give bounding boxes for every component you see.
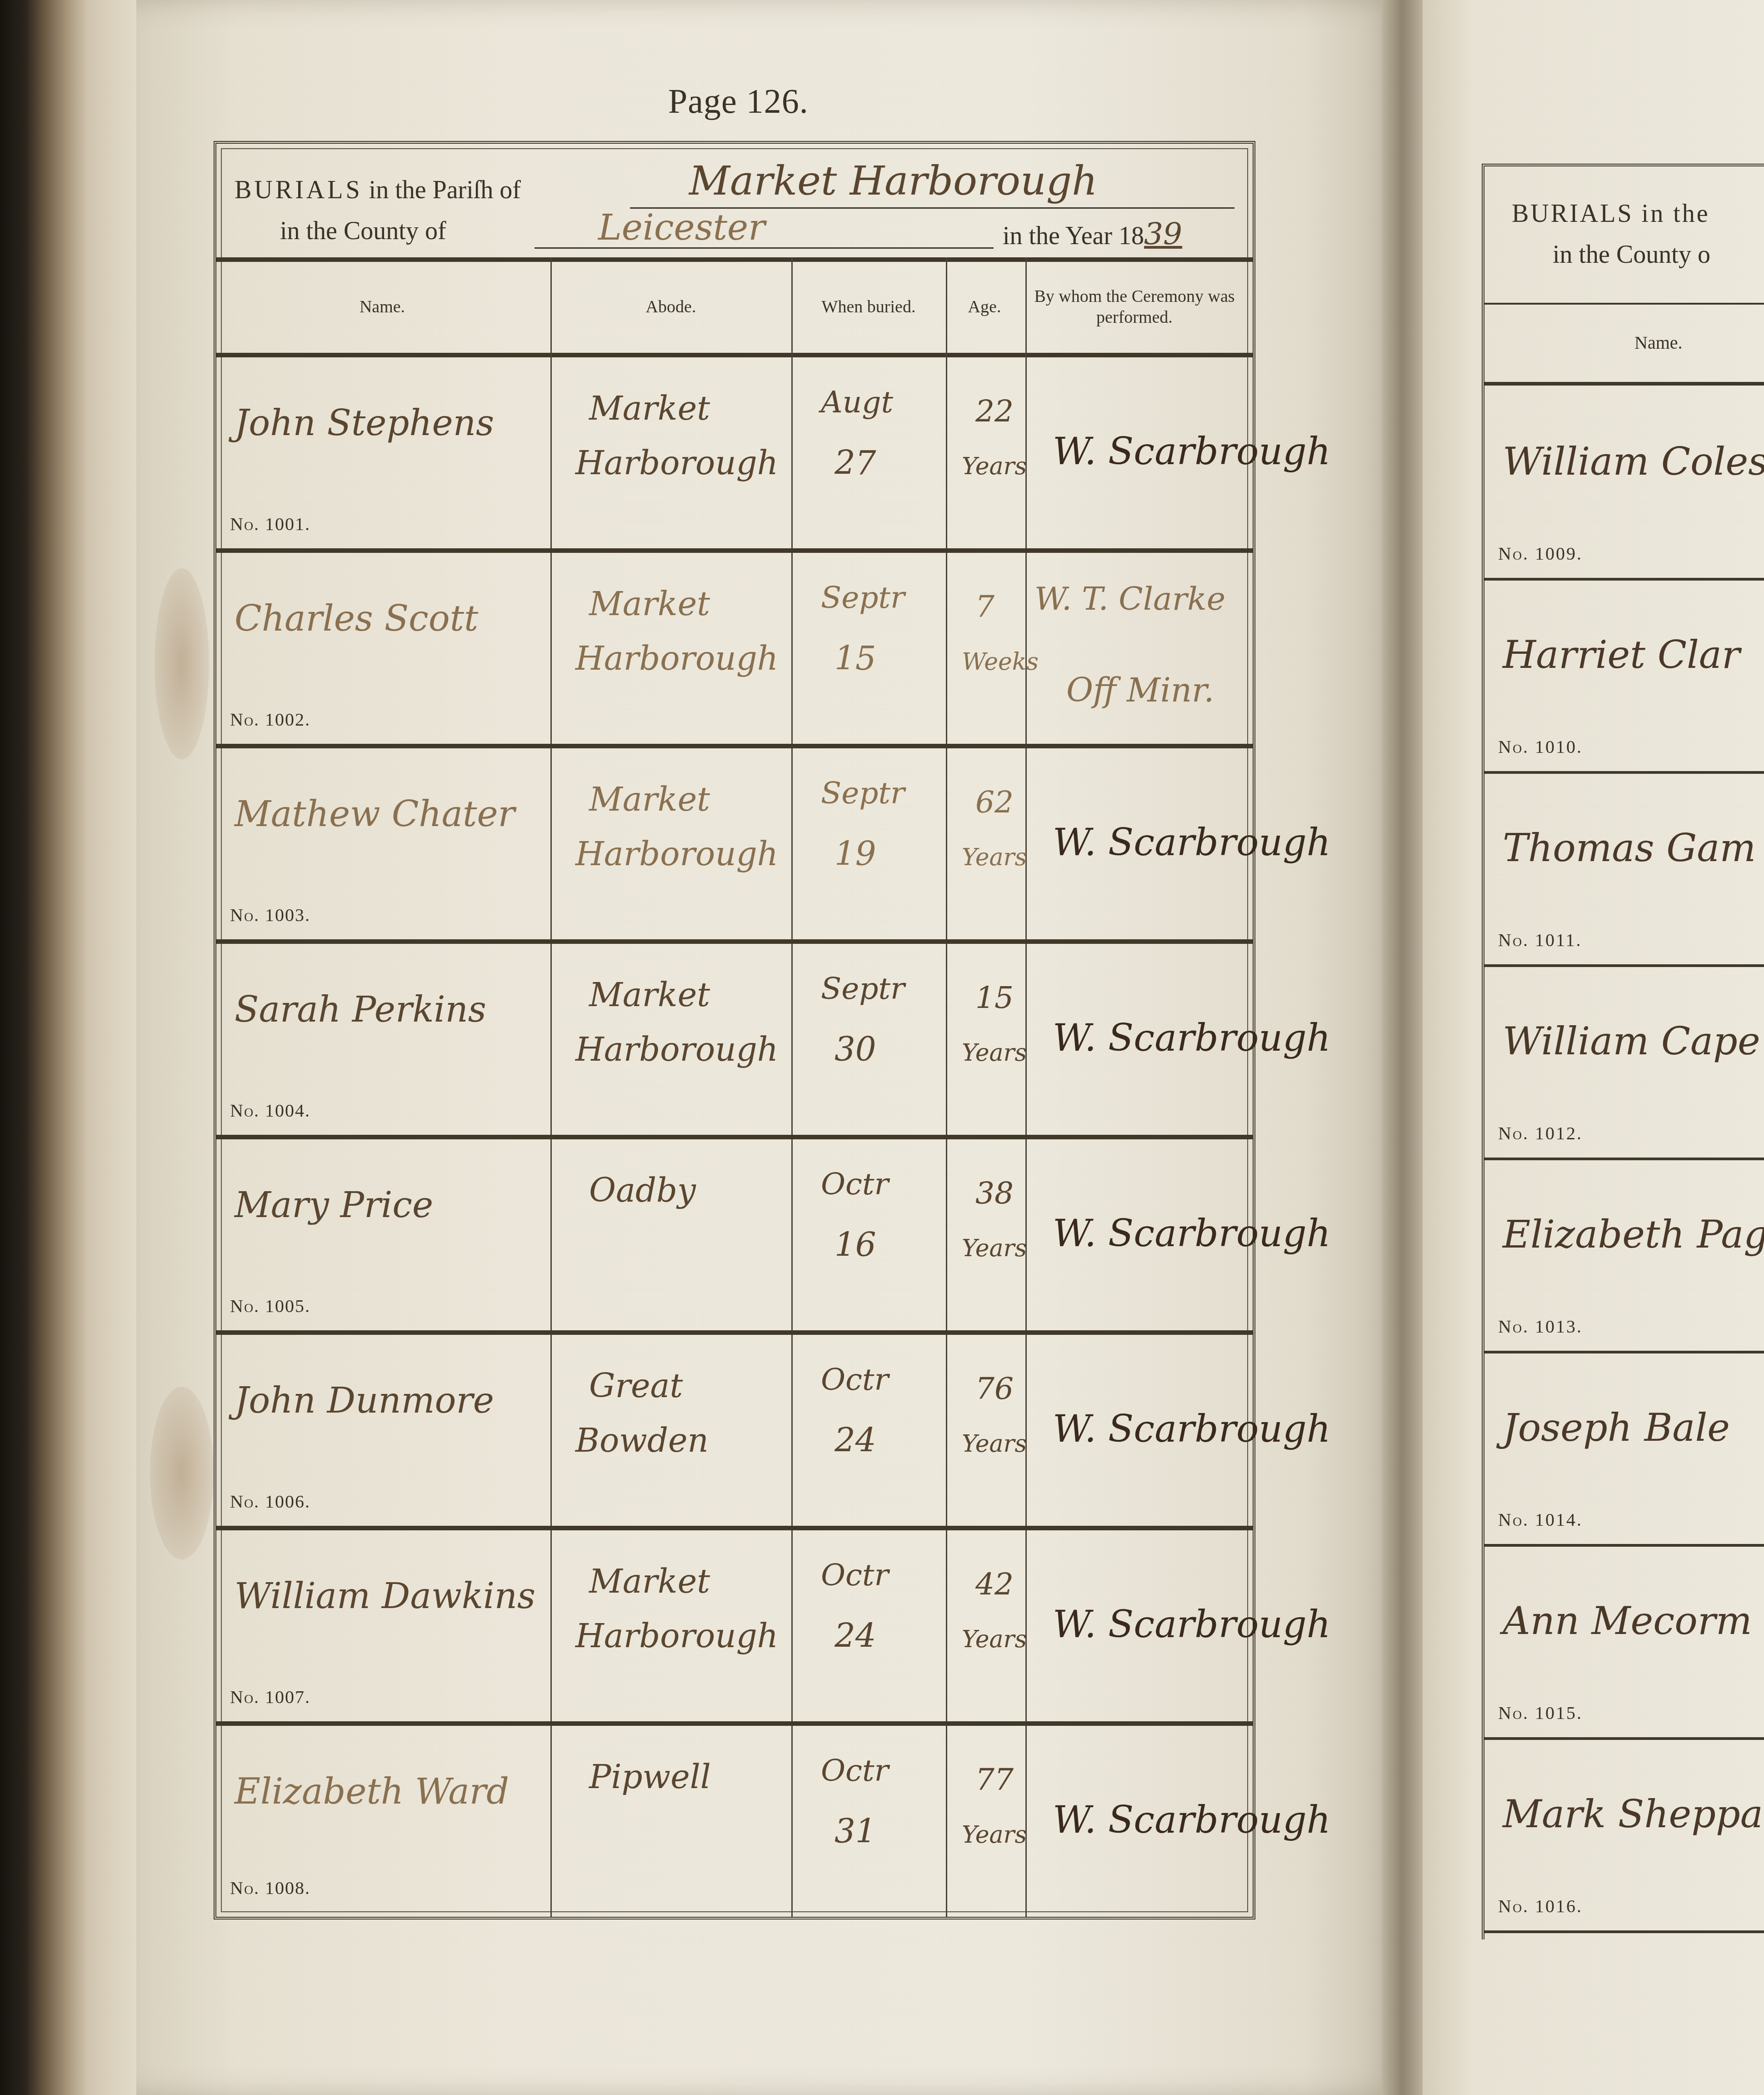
column-header-row: Name. Abode. When buried. Age. By whom t… (216, 257, 1253, 357)
entry-burial-month: Septr (821, 580, 905, 615)
paper-stain (155, 568, 209, 759)
burial-entry: Elizabeth Ward Pipwell Octr 31 77 Years … (216, 1721, 1253, 1912)
entry-burial-day: 15 (835, 639, 876, 677)
burial-entry: Mathew Chater Market Harborough Septr 19… (216, 744, 1253, 944)
entry-age-unit: Years (962, 1626, 1027, 1653)
entry-burial-day: 16 (835, 1226, 876, 1264)
entry-age-unit: Years (962, 453, 1027, 480)
county-label: in the County of (280, 216, 446, 246)
entry-name: Mary Price (235, 1185, 433, 1226)
entry-name: Charles Scott (235, 598, 478, 639)
column-header-abode: Abode. (553, 262, 789, 353)
entry-number: No. 1002. (230, 709, 310, 730)
entry-abode: Oadby (589, 1171, 696, 1209)
paper-stain (150, 1387, 214, 1559)
right-register-header: BURIALS in the in the County o (1512, 194, 1710, 275)
burials-title: BURIALS (235, 176, 363, 204)
entry-number: No. 1009. (1498, 543, 1583, 564)
entry-abode: Market (589, 389, 710, 427)
entry-abode-line2: Harborough (575, 1030, 778, 1068)
entry-age: 38 (975, 1176, 1014, 1211)
column-header-when-buried: When buried. (794, 262, 944, 353)
year-suffix: 39 (1144, 216, 1182, 251)
county-value: Leicester (598, 207, 765, 248)
entry-minister: W. Scarbrough (1053, 821, 1330, 864)
entry-name: Joseph Bale (1503, 1405, 1730, 1450)
entry-age: 62 (975, 785, 1014, 820)
year-label: in the Year 1839 (1003, 216, 1182, 251)
entry-age: 15 (975, 980, 1014, 1015)
entry-burial-day: 19 (835, 835, 876, 873)
entry-burial-day: 27 (835, 444, 876, 482)
right-burial-entry: Elizabeth PagNo. 1013. (1484, 1158, 1764, 1353)
entry-burial-month: Septr (821, 776, 905, 811)
parish-label: in the Pariſh of (369, 176, 521, 204)
right-burial-entry: William ColesNo. 1009. (1484, 385, 1764, 581)
burial-entry: Charles Scott Market Harborough Septr 15… (216, 548, 1253, 748)
entry-minister: W. Scarbrough (1053, 1603, 1330, 1646)
entry-burial-month: Octr (821, 1558, 889, 1593)
column-header-minister: By whom the Ceremony was performed. (1030, 262, 1239, 353)
right-burial-entry: Joseph BaleNo. 1014. (1484, 1351, 1764, 1547)
entry-minister: W. Scarbrough (1053, 1212, 1330, 1255)
entry-burial-month: Octr (821, 1753, 889, 1788)
entry-name: Harriet Clar (1503, 632, 1740, 677)
right-header-line1: BURIALS in the (1512, 194, 1710, 235)
entry-minister: W. T. Clarke (1034, 580, 1225, 617)
entry-burial-day: 24 (835, 1421, 876, 1459)
entry-minister-title: Off Minr. (1066, 671, 1214, 709)
header-line-parish: BURIALS in the Pariſh of (235, 175, 521, 205)
column-header-name: Name. (216, 262, 548, 353)
book-page-edges (0, 0, 141, 2095)
entry-name: Elizabeth Ward (235, 1771, 509, 1812)
entry-abode-line2: Harborough (575, 835, 778, 873)
entry-abode: Market (589, 976, 710, 1014)
entry-abode-line2: Bowden (575, 1421, 709, 1459)
entry-number: No. 1006. (230, 1491, 310, 1512)
entry-name: Mark Sheppar (1503, 1792, 1764, 1836)
entry-number: No. 1011. (1498, 929, 1582, 951)
entry-minister: W. Scarbrough (1053, 430, 1330, 473)
entry-age: 22 (975, 394, 1014, 429)
entry-abode-line2: Harborough (575, 1617, 778, 1655)
right-column-header-name: Name. (1634, 332, 1683, 353)
entry-number: No. 1001. (230, 513, 310, 535)
entry-age-unit: Years (962, 1235, 1027, 1262)
entry-abode-line2: Harborough (575, 444, 778, 482)
entry-number: No. 1016. (1498, 1895, 1583, 1917)
entry-age: 77 (975, 1762, 1014, 1797)
entry-name: Mathew Chater (235, 794, 515, 835)
right-burial-entry: Mark ShepparNo. 1016. (1484, 1737, 1764, 1933)
entry-age-unit: Years (962, 1039, 1027, 1067)
entry-age: 76 (975, 1371, 1014, 1406)
entry-name: William Dawkins (235, 1576, 535, 1617)
right-burial-entry: Ann MecormNo. 1015. (1484, 1544, 1764, 1740)
entry-age-unit: Years (962, 1430, 1027, 1458)
entry-minister: W. Scarbrough (1053, 1017, 1330, 1060)
register-header: BURIALS in the Pariſh of Market Harborou… (235, 162, 1234, 257)
entry-age-unit: Years (962, 844, 1027, 871)
entry-burial-month: Octr (821, 1362, 889, 1397)
entry-number: No. 1014. (1498, 1509, 1583, 1530)
entry-number: No. 1004. (230, 1100, 310, 1121)
year-prefix: in the Year 18 (1003, 222, 1144, 250)
right-column-header-row: Name. (1484, 303, 1764, 386)
burial-entry: Sarah Perkins Market Harborough Septr 30… (216, 939, 1253, 1139)
entry-burial-month: Octr (821, 1167, 889, 1202)
entry-number: No. 1008. (230, 1877, 310, 1899)
entry-abode-line2: Harborough (575, 639, 778, 677)
entry-age-unit: Weeks (962, 648, 1039, 676)
entry-name: John Dunmore (235, 1380, 494, 1421)
entry-number: No. 1007. (230, 1686, 310, 1708)
right-burial-register-table: BURIALS in the in the County o Name. Wil… (1482, 164, 1764, 1940)
entry-number: No. 1013. (1498, 1316, 1583, 1337)
entry-burial-month: Augt (821, 385, 893, 420)
entry-name: Thomas Gam (1503, 826, 1756, 870)
column-header-age: Age. (948, 262, 1021, 353)
burial-register-table: BURIALS in the Pariſh of Market Harborou… (214, 141, 1255, 1920)
entry-name: William Cape (1503, 1019, 1760, 1063)
right-burial-entry: Thomas GamNo. 1011. (1484, 771, 1764, 967)
entry-burial-day: 24 (835, 1617, 876, 1655)
entry-number: No. 1015. (1498, 1702, 1583, 1724)
right-burial-entry: William CapeNo. 1012. (1484, 964, 1764, 1160)
entry-abode: Pipwell (589, 1758, 711, 1796)
entry-minister: W. Scarbrough (1053, 1799, 1330, 1842)
entry-minister: W. Scarbrough (1053, 1408, 1330, 1451)
parish-value: Market Harborough (689, 157, 1098, 204)
entry-burial-day: 30 (835, 1030, 876, 1068)
burial-entry: John Stephens Market Harborough Augt 27 … (216, 353, 1253, 553)
entry-age: 7 (975, 589, 994, 624)
right-header-line2: in the County o (1512, 235, 1710, 276)
entry-burial-day: 31 (835, 1812, 876, 1850)
entry-number: No. 1005. (230, 1295, 310, 1317)
entry-abode: Market (589, 1562, 710, 1600)
entry-age: 42 (975, 1567, 1014, 1602)
entry-number: No. 1003. (230, 904, 310, 926)
entry-name: Elizabeth Pag (1503, 1212, 1764, 1257)
entry-name: Ann Mecorm (1503, 1599, 1752, 1643)
entry-name: William Coles (1503, 439, 1764, 484)
entry-age-unit: Years (962, 1821, 1027, 1849)
page-number: Page 126. (668, 82, 809, 121)
entry-name: Sarah Perkins (235, 989, 486, 1030)
entry-number: No. 1012. (1498, 1123, 1583, 1144)
entry-abode: Market (589, 585, 710, 623)
entry-abode: Great (589, 1367, 683, 1405)
entry-burial-month: Septr (821, 971, 905, 1006)
burial-entry: John Dunmore Great Bowden Octr 24 76 Yea… (216, 1330, 1253, 1530)
burial-entry: Mary Price Oadby Octr 16 38 Years W. Sca… (216, 1135, 1253, 1335)
entry-abode: Market (589, 780, 710, 818)
right-burial-entry: Harriet ClarNo. 1010. (1484, 578, 1764, 774)
burial-entry: William Dawkins Market Harborough Octr 2… (216, 1526, 1253, 1726)
entry-name: John Stephens (235, 403, 494, 444)
entry-number: No. 1010. (1498, 736, 1583, 757)
